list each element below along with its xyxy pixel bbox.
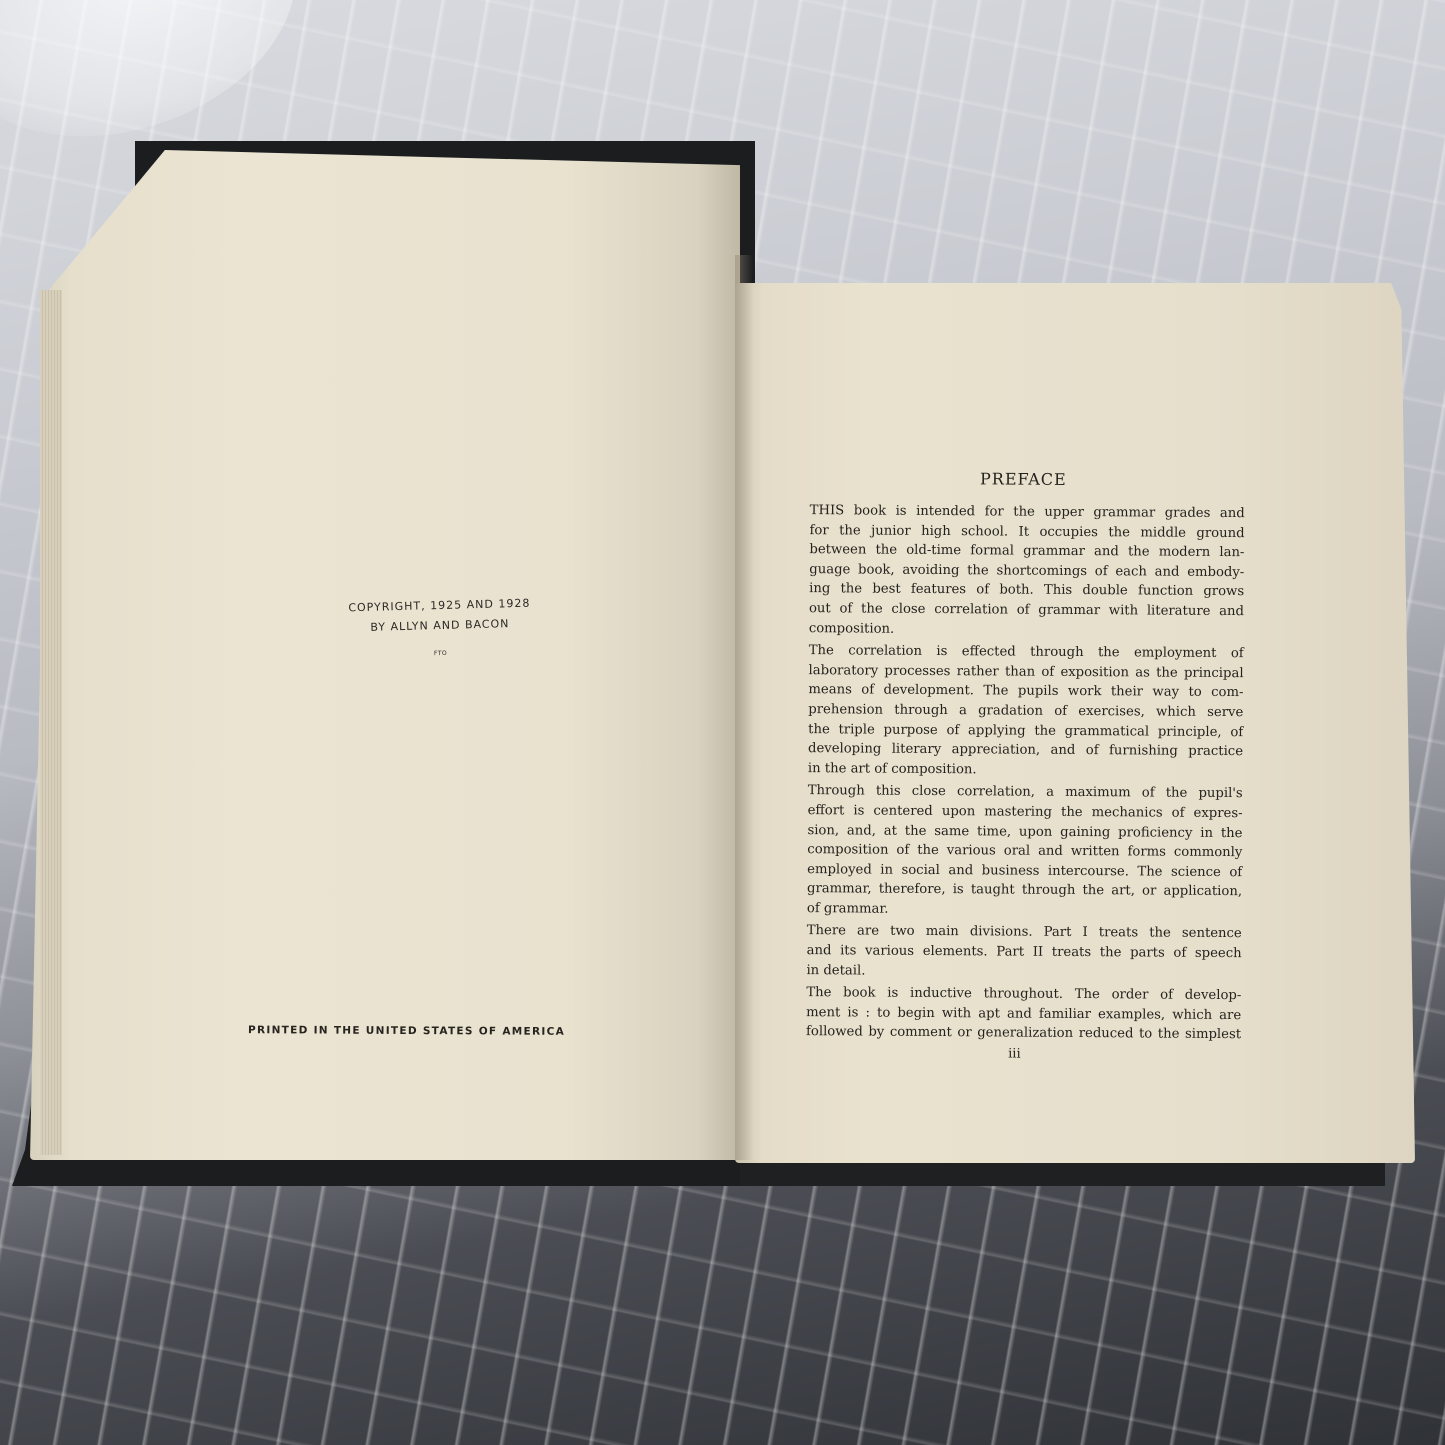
book-cover-right-edge (740, 1160, 1385, 1186)
page-number: iii (788, 1045, 1241, 1063)
preface-title: PREFACE (792, 468, 1245, 490)
preface-paragraph: Through this close correlation, a maximu… (789, 781, 1243, 921)
text-line: and its various elements. Part II treats… (789, 941, 1242, 964)
text-line: composition of the various oral and writ… (789, 840, 1242, 863)
preface-paragraph: The book is inductive throughout. The or… (788, 983, 1241, 1045)
preface-paragraph: The correlation is effected through the … (790, 641, 1244, 781)
copyright-block: COPYRIGHT, 1925 AND 1928 BY ALLYN AND BA… (329, 593, 551, 667)
text-line: in the art of composition. (790, 759, 1243, 782)
text-line: prehension through a gradation of exerci… (790, 700, 1243, 723)
text-line: out of the close correlation of grammar … (791, 599, 1244, 622)
text-line: in detail. (788, 961, 1241, 984)
left-page-edges (40, 290, 62, 1155)
book-gutter (735, 255, 753, 1160)
preface-paragraph: There are two main divisions. Part I tre… (788, 921, 1241, 983)
text-line: effort is centered upon mastering the me… (790, 801, 1243, 824)
text-line: of grammar. (789, 899, 1242, 922)
text-line: THIS book is intended for the upper gram… (792, 501, 1245, 524)
text-line: followed by comment or generalization re… (788, 1022, 1241, 1045)
preface-paragraph: THIS book is intended for the upper gram… (791, 501, 1245, 641)
preface-text: PREFACE THIS book is intended for the up… (788, 468, 1245, 1063)
printed-in-line: PRINTED IN THE UNITED STATES OF AMERICA (248, 1024, 565, 1038)
text-line: composition. (791, 619, 1244, 642)
